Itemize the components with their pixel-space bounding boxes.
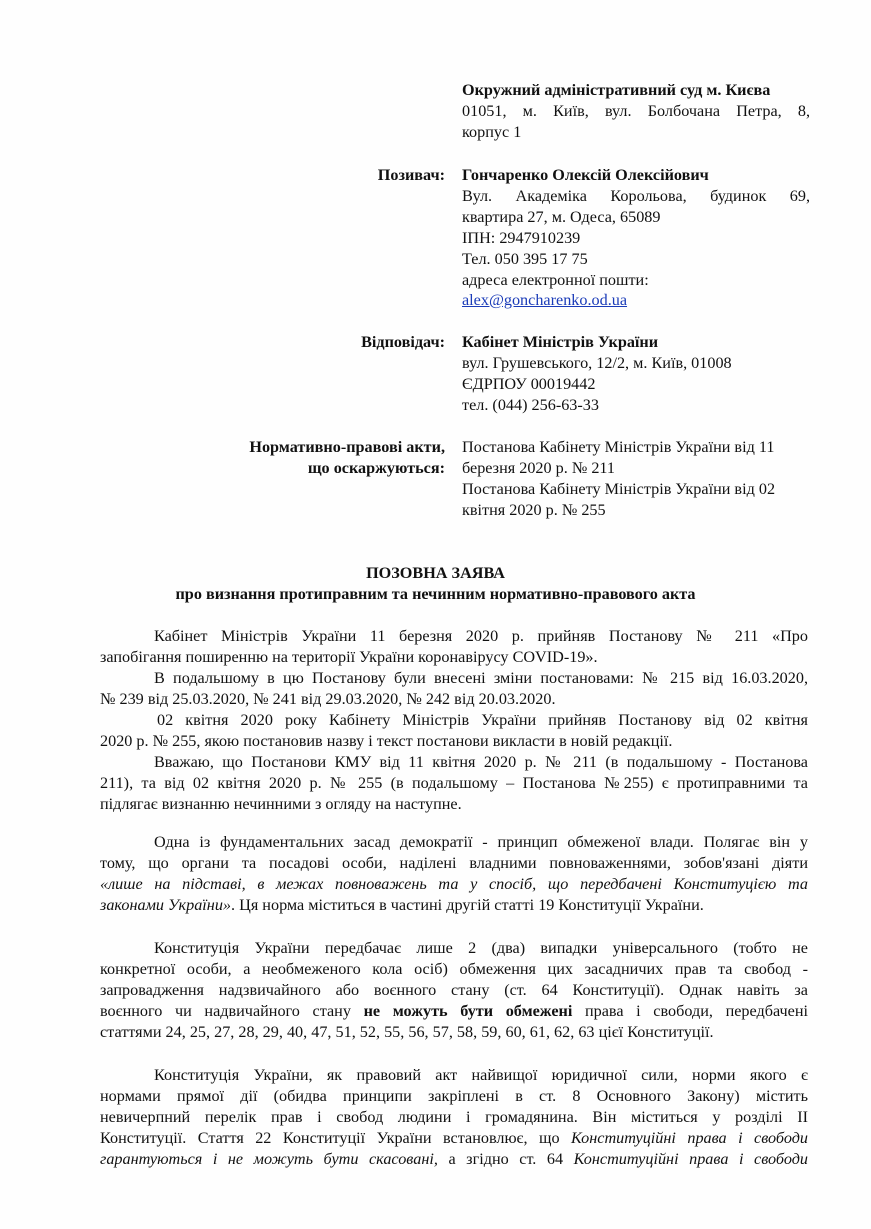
paragraph-6-text: права і свободи, передбачені: [572, 1002, 808, 1020]
defendant-label: Відповідач:: [361, 332, 445, 353]
defendant-name: Кабінет Міністрів України: [462, 332, 810, 353]
acts-label-line1: Нормативно-правові акти,: [249, 437, 445, 458]
paragraph-7-line: невичерпний перелік прав і свобод людини…: [100, 1107, 808, 1128]
act2-line2: квітня 2020 р. № 255: [462, 500, 810, 521]
plaintiff-email-label: адреса електронної пошти:: [462, 270, 810, 291]
paragraph-6-text: воєнного чи надвичайного стану: [100, 1002, 364, 1020]
paragraph-2-line: № 239 від 25.03.2020, № 241 від 29.03.20…: [100, 689, 808, 710]
plaintiff-address-line2: квартира 27, м. Одеса, 65089: [462, 207, 810, 228]
court-name: Окружний адміністративний суд м. Києва: [462, 80, 810, 101]
plaintiff-email-link[interactable]: alex@goncharenko.od.ua: [462, 291, 627, 309]
paragraph-2-line: В подальшому в цю Постанову були внесені…: [100, 668, 808, 689]
court-address-line2: корпус 1: [462, 122, 810, 143]
paragraph-4-line: підлягає визнанню нечинними з огляду на …: [100, 794, 808, 815]
paragraph-5-quote: «лише на підставі, в межах повноважень т…: [100, 874, 808, 895]
paragraph-4-line: 211), та від 02 квітня 2020 р. № 255 (в …: [100, 773, 808, 794]
plaintiff-name: Гончаренко Олексій Олексійович: [462, 165, 810, 186]
act1-line1: Постанова Кабінету Міністрів України від…: [462, 437, 810, 458]
document-title: ПОЗОВНА ЗАЯВА: [0, 563, 871, 584]
paragraph-7-quote: Конституційні права і свободи: [574, 1150, 808, 1168]
act2-line1: Постанова Кабінету Міністрів України від…: [462, 479, 810, 500]
acts-label-line2: що оскаржуються:: [308, 458, 445, 479]
paragraph-6-line: статтями 24, 25, 27, 28, 29, 40, 47, 51,…: [100, 1022, 808, 1043]
document-body: Кабінет Міністрів України 11 березня 202…: [100, 626, 808, 815]
paragraph-1-line: запобігання поширенню на території Украї…: [100, 647, 808, 668]
paragraph-7-line: гарантуються і не можуть бути скасовані,…: [100, 1149, 808, 1170]
defendant-phone: тел. (044) 256-63-33: [462, 395, 810, 416]
defendant-edrpou: ЄДРПОУ 00019442: [462, 374, 810, 395]
paragraph-6-emphasis: не можуть бути обмежені: [364, 1002, 573, 1020]
paragraph-7: Конституція України, як правовий акт най…: [100, 1065, 808, 1170]
paragraph-7-quote: гарантуються і не можуть бути скасовані,: [100, 1150, 438, 1168]
plaintiff-label: Позивач:: [378, 165, 445, 186]
paragraph-7-text: Конституції. Стаття 22 Конституції Украї…: [100, 1129, 571, 1147]
paragraph-5-text: . Ця норма міститься в частині другій ст…: [231, 896, 704, 914]
plaintiff-phone: Тел. 050 395 17 75: [462, 249, 810, 270]
paragraph-6: Конституція України передбачає лише 2 (д…: [100, 938, 808, 1043]
paragraph-6-line: воєнного чи надвичайного стану не можуть…: [100, 1001, 808, 1022]
paragraph-6-line: конкретної особи, а необмеженого кола ос…: [100, 959, 808, 980]
plaintiff-address-line1: Вул. Академіка Корольова, будинок 69,: [462, 186, 810, 207]
plaintiff-tax-id: ІПН: 2947910239: [462, 228, 810, 249]
act1-line2: березня 2020 р. № 211: [462, 458, 810, 479]
paragraph-3-line: 02 квітня 2020 року Кабінету Міністрів У…: [100, 710, 808, 731]
paragraph-5-line: тому, що органи та посадові особи, наділ…: [100, 853, 808, 874]
paragraph-5-line: Одна із фундаментальних засад демократії…: [100, 832, 808, 853]
paragraph-3-line: 2020 р. № 255, якою постановив назву і т…: [100, 731, 808, 752]
paragraph-1-line: Кабінет Міністрів України 11 березня 202…: [100, 626, 808, 647]
court-address-line1: 01051, м. Київ, вул. Болбочана Петра, 8,: [462, 101, 810, 122]
paragraph-5-quote-end: законами України»: [100, 896, 231, 914]
paragraph-7-quote: Конституційні права і свободи: [571, 1129, 808, 1147]
document-page: Окружний адміністративний суд м. Києва 0…: [0, 0, 871, 1229]
defendant-address: вул. Грушевського, 12/2, м. Київ, 01008: [462, 353, 810, 374]
paragraph-4-line: Вважаю, що Постанови КМУ від 11 квітня 2…: [100, 752, 808, 773]
document-subtitle: про визнання протиправним та нечинним но…: [0, 584, 871, 605]
paragraph-7-line: нормами прямої дії (обидва принципи закр…: [100, 1086, 808, 1107]
paragraph-5: Одна із фундаментальних засад демократії…: [100, 832, 808, 916]
paragraph-6-line: запровадження надзвичайного або воєнного…: [100, 980, 808, 1001]
paragraph-7-line: Конституція України, як правовий акт най…: [100, 1065, 808, 1086]
paragraph-7-text: а згідно ст. 64: [438, 1150, 574, 1168]
paragraph-6-line: Конституція України передбачає лише 2 (д…: [100, 938, 808, 959]
paragraph-7-line: Конституції. Стаття 22 Конституції Украї…: [100, 1128, 808, 1149]
paragraph-5-line: законами України». Ця норма міститься в …: [100, 895, 808, 916]
